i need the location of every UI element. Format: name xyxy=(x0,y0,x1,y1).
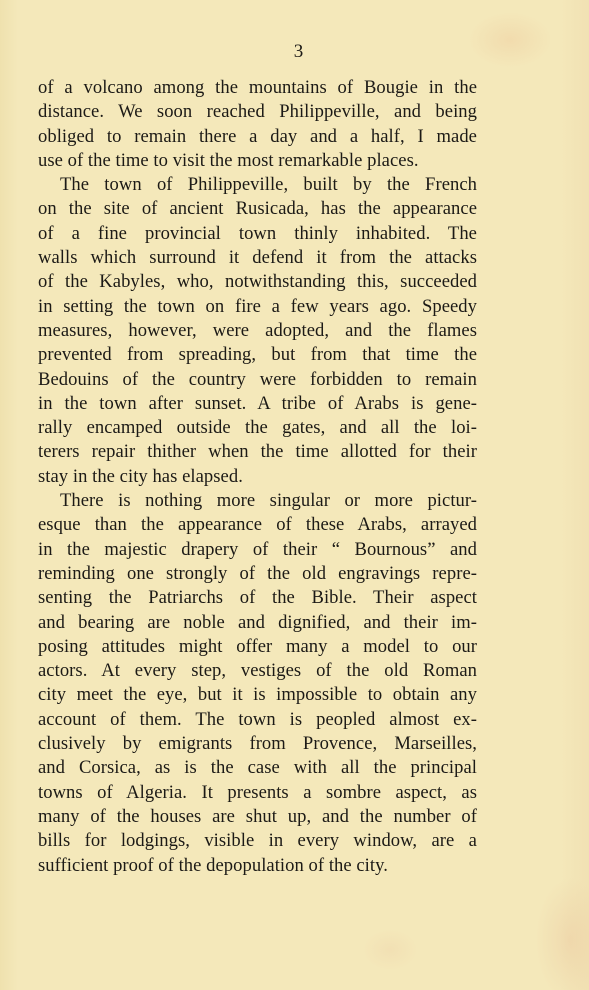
text-line: senting the Patriarchs of the Bible. The… xyxy=(38,586,477,610)
text-line: Bedouins of the country were forbidden t… xyxy=(38,368,477,392)
text-line: stay in the city has elapsed. xyxy=(38,465,477,489)
page-number: 3 xyxy=(0,40,589,64)
text-line: bills for lodgings, visible in every win… xyxy=(38,829,477,853)
text-line: use of the time to visit the most remark… xyxy=(38,149,477,173)
text-line: walls which surround it defend it from t… xyxy=(38,246,477,270)
text-line: on the site of ancient Rusicada, has the… xyxy=(38,197,477,221)
text-line: posing attitudes might offer many a mode… xyxy=(38,635,477,659)
body-text: of a volcano among the mountains of Boug… xyxy=(38,76,477,878)
text-line: clusively by emigrants from Provence, Ma… xyxy=(38,732,477,756)
text-line: towns of Algeria. It presents a sombre a… xyxy=(38,781,477,805)
text-line: and Corsica, as is the case with all the… xyxy=(38,756,477,780)
text-line: measures, however, were adopted, and the… xyxy=(38,319,477,343)
text-line: of a volcano among the mountains of Boug… xyxy=(38,76,477,100)
text-line: The town of Philippeville, built by the … xyxy=(38,173,477,197)
text-line: rally encamped outside the gates, and al… xyxy=(38,416,477,440)
text-line: distance. We soon reached Philippeville,… xyxy=(38,100,477,124)
text-line: city meet the eye, but it is impossible … xyxy=(38,683,477,707)
text-line: obliged to remain there a day and a half… xyxy=(38,125,477,149)
book-page: 3 of a volcano among the mountains of Bo… xyxy=(0,0,589,990)
text-line: of the Kabyles, who, notwithstanding thi… xyxy=(38,270,477,294)
text-line: in the majestic drapery of their “ Bourn… xyxy=(38,538,477,562)
text-line: reminding one strongly of the old engrav… xyxy=(38,562,477,586)
text-line: in setting the town on fire a few years … xyxy=(38,295,477,319)
text-line: actors. At every step, vestiges of the o… xyxy=(38,659,477,683)
text-line: and bearing are noble and dignified, and… xyxy=(38,611,477,635)
text-line: of a fine provincial town thinly inhabit… xyxy=(38,222,477,246)
text-line: in the town after sunset. A tribe of Ara… xyxy=(38,392,477,416)
text-line: esque than the appearance of these Arabs… xyxy=(38,513,477,537)
text-line: terers repair thither when the time allo… xyxy=(38,440,477,464)
text-line: There is nothing more singular or more p… xyxy=(38,489,477,513)
text-line: account of them. The town is peopled alm… xyxy=(38,708,477,732)
text-line: many of the houses are shut up, and the … xyxy=(38,805,477,829)
text-line: sufficient proof of the depopulation of … xyxy=(38,854,477,878)
text-line: prevented from spreading, but from that … xyxy=(38,343,477,367)
